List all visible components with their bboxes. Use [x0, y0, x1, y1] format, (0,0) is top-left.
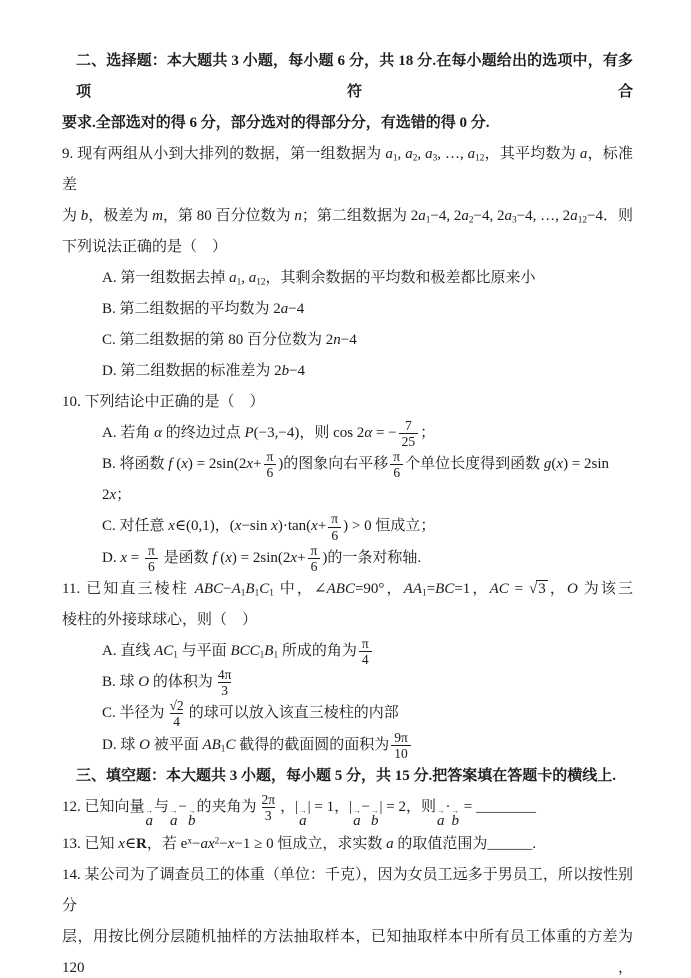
question-14-stem-line-2: 层，用按比例分层随机抽样的方法抽取样本，已知抽取样本中所有员工体重的方差为 12… — [62, 922, 633, 978]
section-choice-header-line-2: 要求.全部选对的得 6 分，部分选对的得部分分，有选错的得 0 分. — [62, 108, 633, 139]
question-13-stem: 13. 已知 x∈R，若 ex−ax2−x−1 ≥ 0 恒成立，求实数 a 的取… — [62, 829, 633, 860]
question-14-stem-line-1: 14. 某公司为了调查员工的体重（单位：千克），因为女员工远多于男员工，所以按性… — [62, 860, 633, 922]
question-11-option-b: B. 球 O 的体积为4π3 — [62, 667, 633, 698]
question-11-option-c: C. 半径为√24的球可以放入该直三棱柱的内部 — [62, 698, 633, 729]
question-9-option-a: A. 第一组数据去掉 a1, a12，其剩余数据的平均数和极差都比原来小 — [62, 263, 633, 294]
question-11-option-a: A. 直线 AC1 与平面 BCC1B1 所成的角为π4 — [62, 636, 633, 667]
question-9-stem-line-3: 下列说法正确的是（ ） — [62, 232, 633, 263]
question-10-option-b: B. 将函数 f (x) = 2sin(2x+π6)的图象向右平移π6个单位长度… — [62, 449, 633, 511]
question-9-option-c: C. 第二组数据的第 80 百分位数为 2n−4 — [62, 325, 633, 356]
question-9-option-b: B. 第二组数据的平均数为 2a−4 — [62, 294, 633, 325]
question-9-stem-line-1: 9. 现有两组从小到大排列的数据，第一组数据为 a1, a2, a3, …, a… — [62, 139, 633, 201]
exam-paper-page: 二、选择题：本大题共 3 小题，每小题 6 分，共 18 分.在每小题给出的选项… — [0, 0, 691, 978]
question-9-option-d: D. 第二组数据的标准差为 2b−4 — [62, 356, 633, 387]
question-10-option-c: C. 对任意 x∈(0,1)，(x−sin x)·tan(x+π6) > 0 恒… — [62, 511, 633, 542]
section-fill-header: 三、填空题：本大题共 3 小题，每小题 5 分，共 15 分.把答案填在答题卡的… — [62, 761, 633, 792]
question-12-stem: 12. 已知向量→a与→a−→b的夹角为2π3，|→a| = 1，|→a−→b|… — [62, 792, 633, 829]
question-10-stem: 10. 下列结论中正确的是（ ） — [62, 387, 633, 418]
section-choice-header-line-1: 二、选择题：本大题共 3 小题，每小题 6 分，共 18 分.在每小题给出的选项… — [62, 46, 633, 108]
question-11-stem-line-2: 棱柱的外接球球心，则（ ） — [62, 605, 633, 636]
question-10-option-d: D. x = π6 是函数 f (x) = 2sin(2x+π6)的一条对称轴. — [62, 543, 633, 574]
question-9-stem-line-2: 为 b，极差为 m，第 80 百分位数为 n；第二组数据为 2a1−4, 2a2… — [62, 201, 633, 232]
question-10-option-a: A. 若角 α 的终边过点 P(−3,−4)，则 cos 2α = −725； — [62, 418, 633, 449]
question-11-option-d: D. 球 O 被平面 AB1C 截得的截面圆的面积为9π10 — [62, 730, 633, 761]
question-11-stem-line-1: 11. 已知直三棱柱 ABC−A1B1C1 中，∠ABC=90°，AA1=BC=… — [62, 574, 633, 605]
